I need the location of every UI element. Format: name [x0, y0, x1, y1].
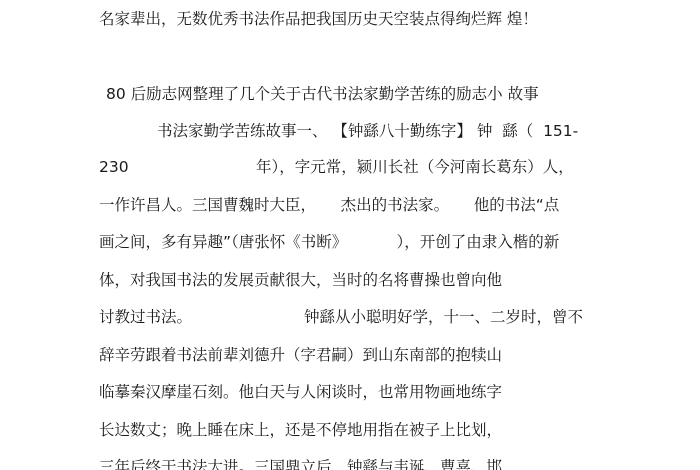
text-line-10: 临摹秦汉摩崖石刻。他白天与人闲谈时，也常用物画地练字 [99, 382, 502, 402]
text-line-8a: 讨教过书法。 [99, 307, 192, 327]
text-line-3: 书法家勤学苦练故事一、 【钟繇八十勤练字】 钟 繇（ 151- [157, 121, 578, 141]
text-line-1: 名家辈出，无数优秀书法作品把我国历史天空装点得绚烂辉 煌！ [99, 9, 538, 29]
text-line-2: 80 后励志网整理了几个关于古代书法家勤学苦练的励志小 故事 [106, 84, 539, 104]
text-line-12: 三年后终于书法大进。三国鼎立后，钟繇与韦诞、曹喜、邯 [99, 457, 502, 470]
text-line-4b: 年），字元常，颍川长社（今河南长葛东）人， [256, 157, 574, 177]
text-line-5: 一作许昌人。三国曹魏时大臣， 杰出的书法家。 他的书法“点 [99, 195, 559, 215]
text-line-6: 画之间，多有异趣”（唐张怀《书断》 ），开创了由隶入楷的新 [99, 232, 559, 252]
text-line-9: 辞辛劳跟着书法前辈刘德升（字君嗣）到山东南部的抱犊山 [99, 345, 502, 365]
text-line-4a: 230 [99, 157, 129, 177]
text-line-7: 体，对我国书法的发展贡献很大，当时的名将曹操也曾向他 [99, 270, 502, 290]
text-line-11: 长达数丈；晚上睡在床上，还是不停地用指在被子上比划， [99, 420, 502, 440]
text-line-8b: 钟繇从小聪明好学，十一、二岁时，曾不 [304, 307, 583, 327]
